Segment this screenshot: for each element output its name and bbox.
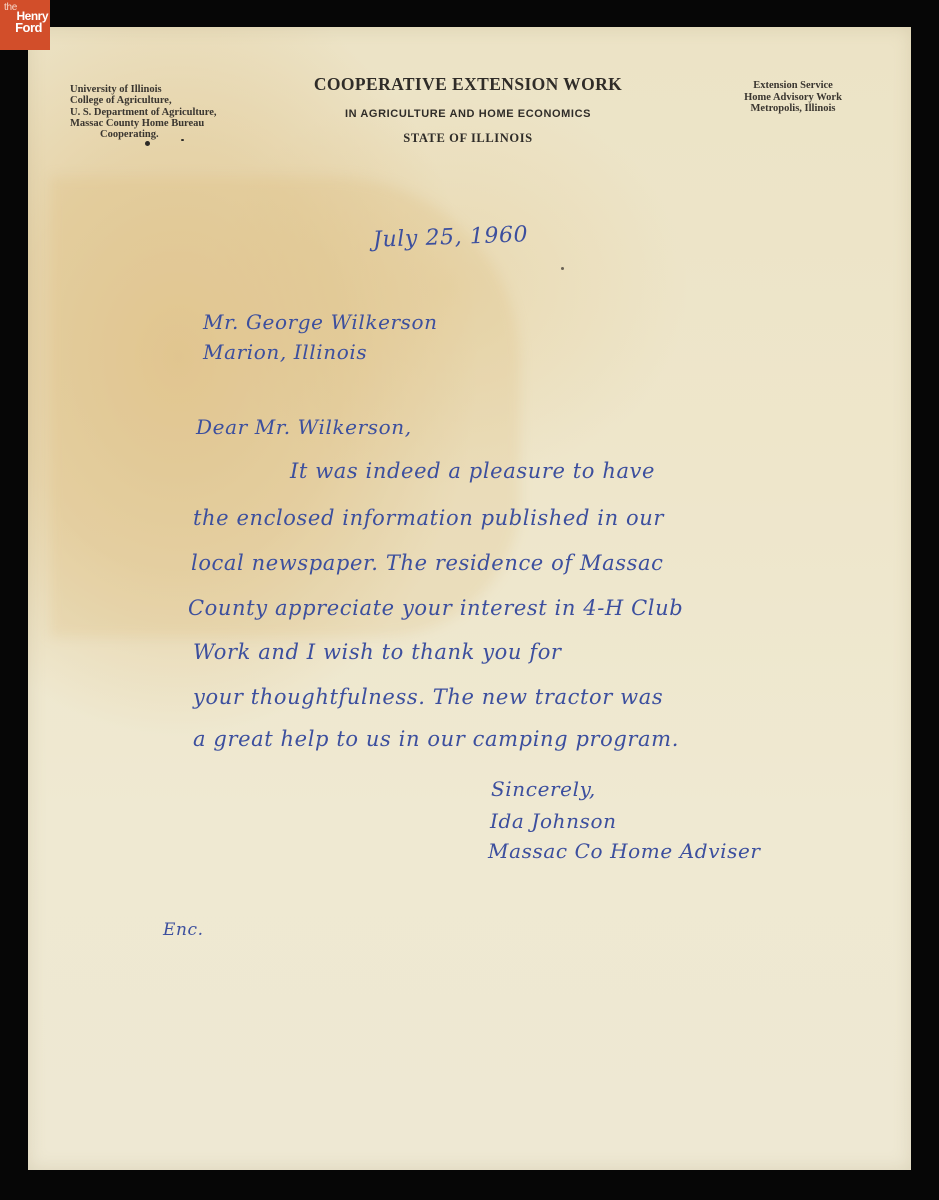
body-line: the enclosed information published in ou… <box>193 506 664 530</box>
letter-page: University of Illinois College of Agricu… <box>28 27 911 1170</box>
ink-speck <box>145 141 150 146</box>
salutation: Dear Mr. Wilkerson, <box>196 415 412 439</box>
signature-title: Massac Co Home Adviser <box>488 839 761 863</box>
logo-ford: Ford <box>3 21 42 34</box>
letterhead-center-block: COOPERATIVE EXTENSION WORK IN AGRICULTUR… <box>248 74 688 146</box>
ink-speck <box>181 139 184 141</box>
letter-date: July 25, 1960 <box>373 222 529 252</box>
body-line: It was indeed a pleasure to have <box>290 459 655 483</box>
letterhead-left-line: University of Illinois <box>70 84 217 95</box>
letterhead-right-line: Extension Service <box>718 80 868 92</box>
signature: Ida Johnson <box>490 809 617 833</box>
recipient-location: Marion, Illinois <box>203 340 367 364</box>
letterhead-left-line: U. S. Department of Agriculture, <box>70 107 217 118</box>
letterhead-left-line: Cooperating. <box>70 129 217 140</box>
letterhead-subtitle: IN AGRICULTURE AND HOME ECONOMICS <box>248 108 688 120</box>
body-line: a great help to us in our camping progra… <box>193 727 679 751</box>
letterhead-title: COOPERATIVE EXTENSION WORK <box>248 74 688 95</box>
letterhead-left-line: College of Agriculture, <box>70 95 217 106</box>
letterhead-left-line: Massac County Home Bureau <box>70 118 217 129</box>
closing: Sincerely, <box>491 777 596 801</box>
document-viewer: University of Illinois College of Agricu… <box>0 0 939 1200</box>
letterhead-right-line: Home Advisory Work <box>718 92 868 104</box>
recipient-name: Mr. George Wilkerson <box>203 310 438 334</box>
letterhead-state: STATE OF ILLINOIS <box>248 131 688 146</box>
letterhead-right-block: Extension Service Home Advisory Work Met… <box>718 80 868 115</box>
letterhead-right-line: Metropolis, Illinois <box>718 103 868 115</box>
body-line: County appreciate your interest in 4-H C… <box>188 596 683 620</box>
body-line: local newspaper. The residence of Massac <box>191 551 663 575</box>
enclosure-note: Enc. <box>163 920 204 940</box>
body-line: Work and I wish to thank you for <box>193 640 562 664</box>
body-line: your thoughtfulness. The new tractor was <box>193 685 663 709</box>
letterhead-left-block: University of Illinois College of Agricu… <box>70 84 217 140</box>
henry-ford-logo: the Henry Ford <box>0 0 50 50</box>
ink-speck <box>561 267 564 270</box>
